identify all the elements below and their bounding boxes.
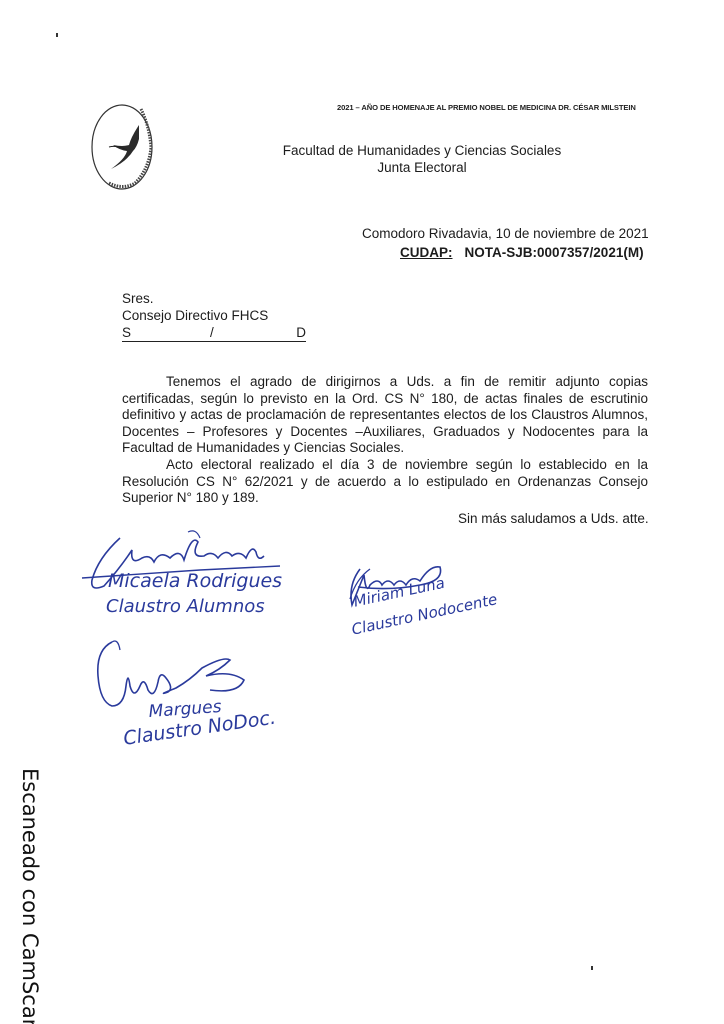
addressee-block: Sres. Consejo Directivo FHCS S / D	[122, 290, 306, 342]
department-name: Junta Electoral	[280, 159, 564, 176]
su-despacho-line: S / D	[122, 324, 306, 342]
signature-block-3: Margues Claustro NoDoc.	[90, 630, 320, 770]
cudap-value: NOTA-SJB:0007357/2021(M)	[465, 245, 644, 260]
signer-1-role: Claustro Alumnos	[106, 596, 265, 617]
letter-body: Tenemos el agrado de dirigirnos a Uds. a…	[122, 374, 648, 507]
closing-line: Sin más saludamos a Uds. atte.	[458, 511, 649, 526]
seagull-seal-icon	[87, 95, 167, 195]
cudap-reference: CUDAP:NOTA-SJB:0007357/2021(M)	[400, 245, 644, 260]
sd-slash: /	[210, 324, 214, 341]
scan-speck	[56, 33, 58, 37]
salutation: Sres.	[122, 290, 306, 307]
signature-block-1: Micaela Rodrigues Claustro Alumnos	[80, 528, 320, 628]
recipient: Consejo Directivo FHCS	[122, 307, 306, 324]
scan-speck	[591, 966, 593, 970]
sd-s: S	[122, 324, 131, 341]
place-and-date: Comodoro Rivadavia, 10 de noviembre de 2…	[362, 226, 649, 241]
institution-heading: Facultad de Humanidades y Ciencias Socia…	[280, 142, 564, 176]
signer-1-name: Micaela Rodrigues	[108, 570, 282, 592]
body-paragraph-1: Tenemos el agrado de dirigirnos a Uds. a…	[122, 374, 648, 457]
header-motto: 2021 – AÑO DE HOMENAJE AL PREMIO NOBEL D…	[337, 103, 636, 112]
sd-d: D	[296, 324, 306, 341]
camscanner-watermark: Escaneado con CamScan	[6, 768, 46, 1024]
faculty-name: Facultad de Humanidades y Ciencias Socia…	[280, 142, 564, 159]
signature-block-2: Miriam Luna Claustro Nodocente	[330, 555, 510, 665]
watermark-text: Escaneado con CamScan	[18, 768, 42, 1024]
university-seal-logo	[87, 95, 167, 195]
scanned-letter-page: 2021 – AÑO DE HOMENAJE AL PREMIO NOBEL D…	[0, 0, 724, 1024]
body-paragraph-2: Acto electoral realizado el día 3 de nov…	[122, 457, 648, 507]
cudap-label: CUDAP:	[400, 245, 453, 260]
